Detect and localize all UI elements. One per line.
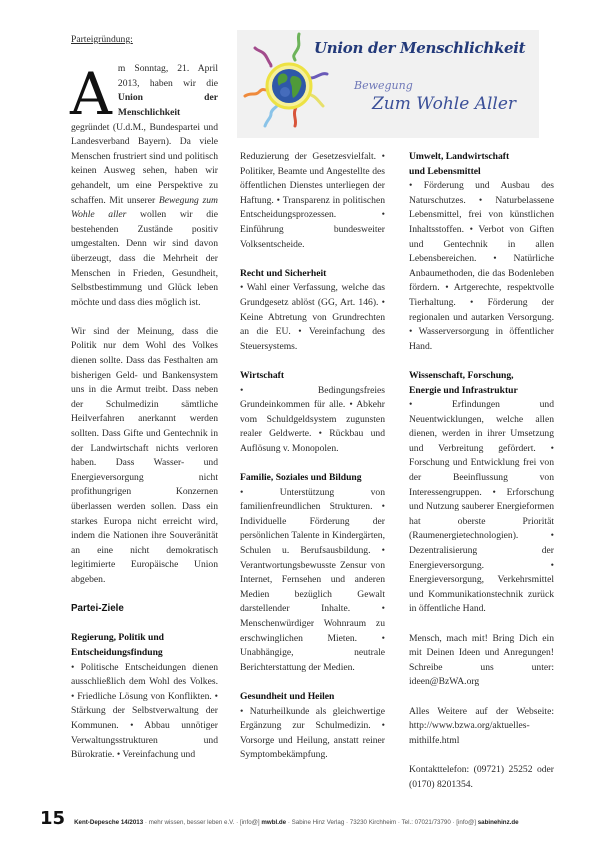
page-footer: 15 Kent-Depesche 14/2013 · mehr wissen, …: [40, 808, 570, 828]
goal-section-science: Wissenschaft, Forschung, Energie und Inf…: [409, 369, 554, 617]
publication-name: Kent-Depesche 14/2013: [74, 819, 143, 826]
goal-section-economy: Wirtschaft • Bedingungsfreies Grundeinko…: [240, 369, 385, 457]
intro-paragraph-1: Am Sonntag, 21. April 2013, haben wir di…: [71, 62, 218, 310]
column-1: Parteigründung: Am Sonntag, 21. April 20…: [71, 33, 218, 777]
footer-site-1: mwbl.de: [261, 819, 286, 826]
goal-section-health: Gesundheit und Heilen • Naturheilkunde a…: [240, 690, 385, 763]
goal-heading: Wissenschaft, Forschung,: [409, 369, 554, 384]
footer-text: · mehr wissen, besser leben e.V. · [info…: [143, 819, 261, 826]
goal-section-law: Recht und Sicherheit • Wahl einer Verfas…: [240, 267, 385, 355]
contact-phone: Kontakttelefon: (09721) 25252 oder (0170…: [409, 763, 554, 792]
intro-text: wollen wir die bestehenden Zustände posi…: [71, 209, 218, 308]
goal-heading: Recht und Sicherheit: [240, 267, 385, 282]
goal-text: • Naturheilkunde als gleichwertige Ergän…: [240, 706, 385, 761]
dropcap-letter: A: [70, 70, 112, 118]
goal-text: • Politische Entscheidungen dienen aussc…: [71, 662, 218, 761]
goal-text: • Unterstützung von familienfreundlichen…: [240, 487, 385, 673]
goal-heading: Gesundheit und Heilen: [240, 690, 385, 705]
goal-heading: Umwelt, Landwirtschaft: [409, 150, 554, 165]
footer-text: · Sabine Hinz Verlag · 73230 Kirchheim ·…: [286, 819, 478, 826]
column-3: Umwelt, Landwirtschaft und Lebensmittel …: [409, 150, 554, 807]
goal-text: • Förderung und Ausbau des Naturschutzes…: [409, 180, 554, 352]
intro-text: m Sonntag, 21. April 2013, haben wir die: [118, 63, 218, 89]
call-to-action: Mensch, mach mit! Bring Dich ein mit Dei…: [409, 632, 554, 690]
page-number: 15: [40, 808, 65, 829]
goal-text: • Bedingungsfreies Grundeinkommen für al…: [240, 385, 385, 454]
footer-credits: Kent-Depesche 14/2013 · mehr wissen, bes…: [74, 819, 519, 826]
column-2: Reduzierung der Gesetzesvielfalt. • Poli…: [240, 150, 385, 778]
website-info: Alles Weitere auf der Webseite: http://w…: [409, 705, 554, 749]
intro-text: gegründet (U.d.M., Bundespartei und Land…: [71, 122, 218, 206]
goal-text: • Erfindungen und Neuentwicklungen, welc…: [409, 399, 554, 614]
goal-heading: Familie, Soziales und Bildung: [240, 471, 385, 486]
goal-section-environment: Umwelt, Landwirtschaft und Lebensmittel …: [409, 150, 554, 354]
goal-heading: und Lebensmittel: [409, 165, 554, 180]
logo-subtitle-small: Bewegung: [354, 79, 413, 92]
goal-heading: Regierung, Politik und Entscheidungsfind…: [71, 631, 218, 660]
goal-section-government: Regierung, Politik und Entscheidungsfind…: [71, 631, 218, 762]
logo-title: Union der Menschlichkeit: [314, 39, 525, 57]
goal-section-family: Familie, Soziales und Bildung • Unterstü…: [240, 471, 385, 675]
goals-title: Partei-Ziele: [71, 602, 218, 617]
intro-paragraph-2: Wir sind der Meinung, dass die Politik n…: [71, 325, 218, 588]
kicker-heading: Parteigründung:: [71, 33, 218, 48]
goal-heading: Wirtschaft: [240, 369, 385, 384]
party-name: Union der Menschlichkeit: [118, 92, 218, 118]
logo-subtitle-large: Zum Wohle Aller: [372, 94, 516, 114]
goal-section-government-continued: Reduzierung der Gesetzesvielfalt. • Poli…: [240, 150, 385, 252]
party-logo-banner: Union der Menschlichkeit Bewegung Zum Wo…: [237, 30, 539, 138]
footer-site-2: sabinehinz.de: [478, 819, 519, 826]
goal-text: • Wahl einer Verfassung, welche das Grun…: [240, 282, 385, 351]
goal-heading: Energie und Infrastruktur: [409, 384, 554, 399]
